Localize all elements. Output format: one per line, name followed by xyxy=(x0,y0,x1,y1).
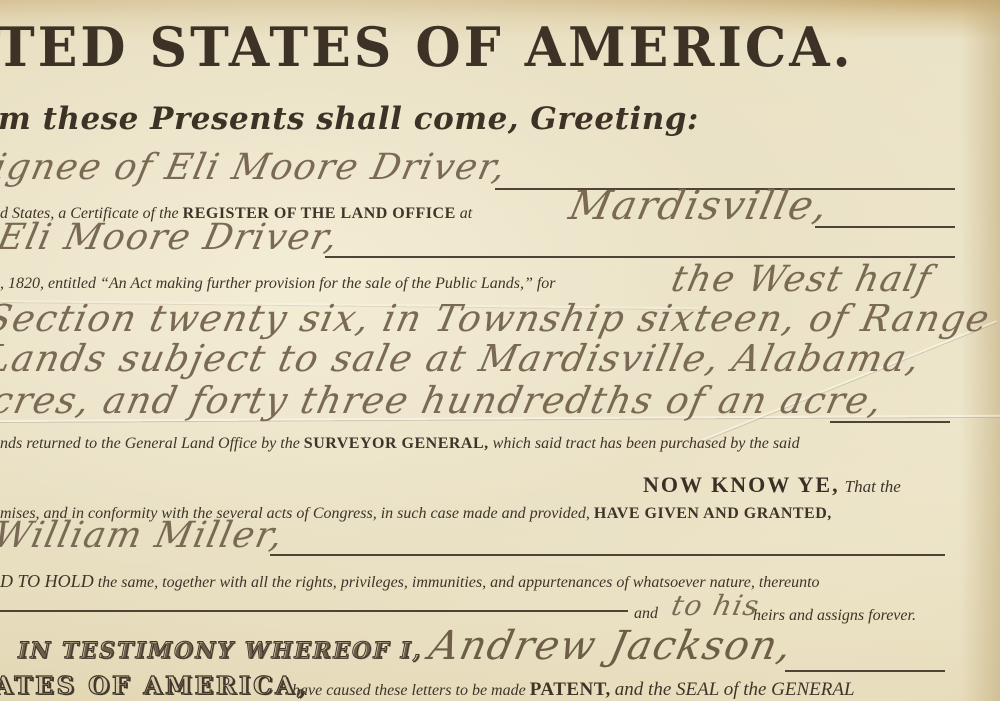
fill-rule xyxy=(0,610,628,612)
fill-rule xyxy=(270,554,945,556)
surveyor-general-line: nds returned to the General Land Office … xyxy=(0,436,800,452)
printed-text: , 1820, entitled “An Act making further … xyxy=(0,275,556,292)
fill-rule xyxy=(830,421,950,423)
heirs-assigns-line: heirs and assigns forever. xyxy=(753,608,916,624)
document-paper: TED STATES OF AMERICA. m these Presents … xyxy=(0,0,1000,701)
greeting-line: m these Presents shall come, Greeting: xyxy=(0,104,699,135)
purchaser-name-script: Eli Moore Driver, xyxy=(0,220,342,256)
now-know-ye-text: NOW KNOW YE, xyxy=(643,472,840,497)
land-office-location-script: Mardisville, xyxy=(566,186,833,226)
aged-edge xyxy=(960,0,1000,701)
section-township-range-script: Section twenty six, in Township sixteen,… xyxy=(0,300,994,337)
now-know-ye-line: NOW KNOW YE, That the xyxy=(643,474,901,496)
document-title: TED STATES OF AMERICA. xyxy=(0,21,854,76)
patent-clause-line: have caused these letters to be made PAT… xyxy=(292,680,855,699)
president-signature-script: Andrew Jackson, xyxy=(426,626,797,666)
heirs-line: and xyxy=(634,606,658,622)
to-hold-text: D TO HOLD xyxy=(0,571,94,591)
to-his-script: to his xyxy=(669,592,762,620)
have-given-and-granted-text: HAVE GIVEN AND GRANTED, xyxy=(594,505,832,522)
printed-text: which said tract has been purchased by t… xyxy=(493,435,800,452)
fill-rule xyxy=(815,226,955,228)
act-reference-line: , 1820, entitled “An Act making further … xyxy=(0,276,556,292)
united-states-outline-caps: ATES OF AMERICA, xyxy=(0,674,308,698)
acreage-script: cres, and forty three hundredths of an a… xyxy=(0,382,887,419)
surveyor-general-text: SURVEYOR GENERAL, xyxy=(304,435,489,452)
assignee-script: ignee of Eli Moore Driver, xyxy=(0,150,510,186)
patent-text: PATENT, xyxy=(530,679,611,700)
printed-text: heirs and assigns forever. xyxy=(753,607,916,624)
printed-text: at xyxy=(460,205,472,222)
fill-rule xyxy=(325,256,955,258)
printed-text: That the xyxy=(845,477,901,496)
tract-description-script: the West half xyxy=(668,262,935,298)
lands-subject-to-sale-script: Lands subject to sale at Mardisville, Al… xyxy=(0,340,924,377)
printed-text: and the SEAL of the GENERAL xyxy=(615,679,855,700)
printed-text: have caused these letters to be made xyxy=(292,682,526,699)
in-testimony-whereof: IN TESTIMONY WHEREOF I, xyxy=(18,640,422,662)
fill-rule xyxy=(785,670,945,672)
printed-text: and xyxy=(634,605,658,622)
printed-text: nds returned to the General Land Office … xyxy=(0,435,300,452)
grantee-name-script: William Miller, xyxy=(0,518,287,554)
